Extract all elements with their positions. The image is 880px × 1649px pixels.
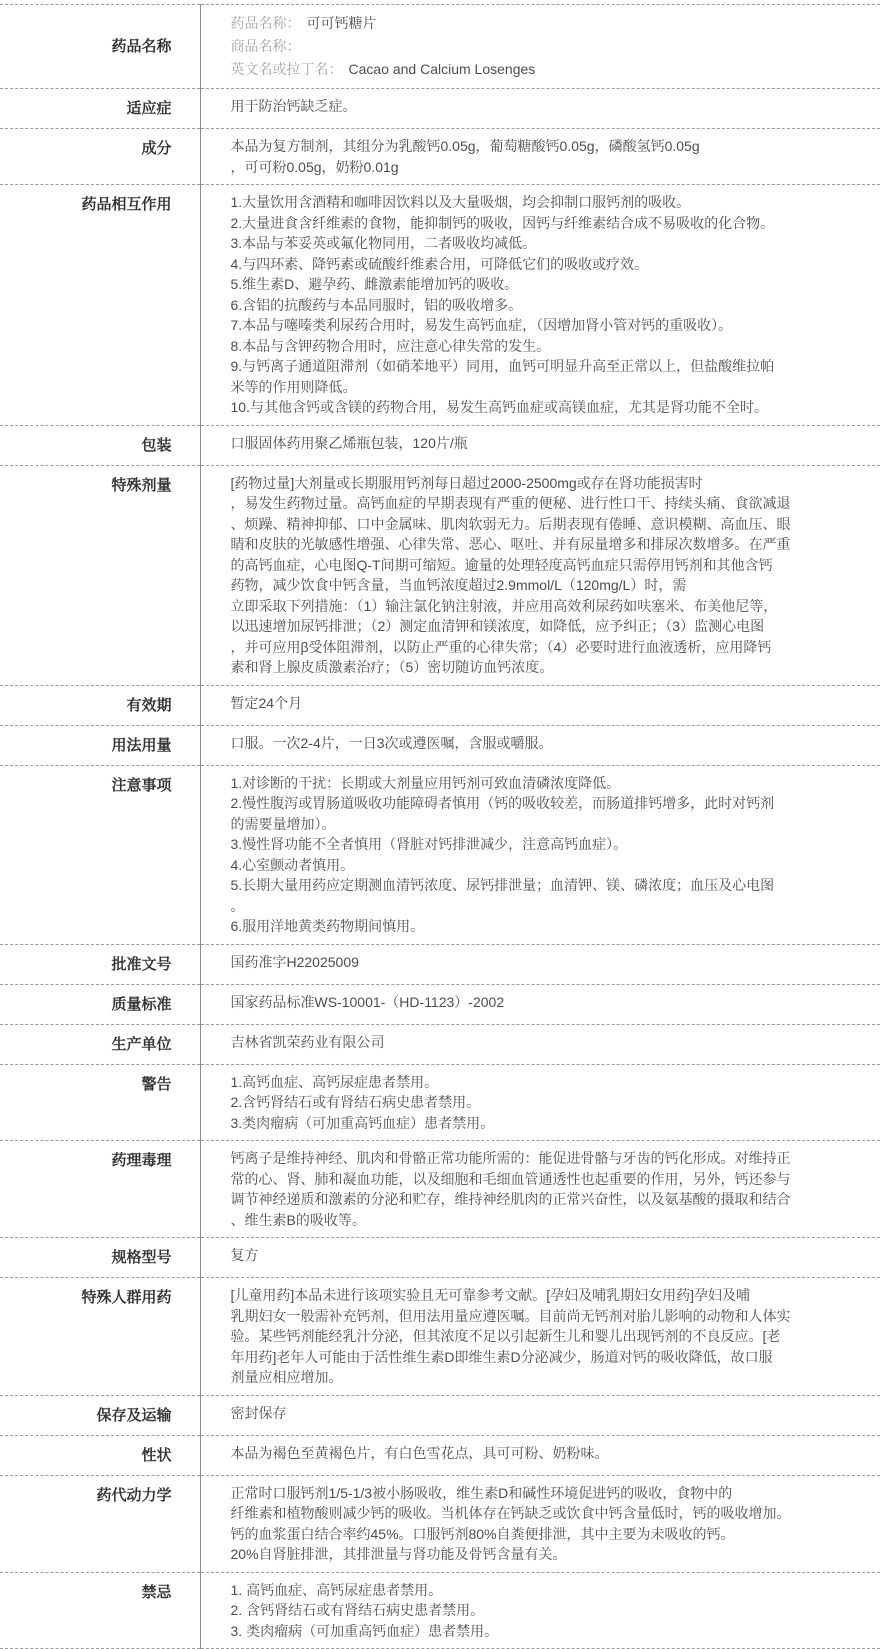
row-label-dosage-usage: 用法用量: [0, 725, 200, 765]
row-label-drug-interactions: 药品相互作用: [0, 185, 200, 426]
row-content-manufacturer: 吉林省凯荣药业有限公司: [231, 1032, 859, 1053]
row-content-pharmacology-toxicology: 钙离子是维持神经、肌肉和骨骼正常功能所需的：能促进骨骼与牙齿的钙化形成。对维持正…: [231, 1148, 859, 1230]
row-content-special-dosage: [药物过量]大剂量或长期服用钙剂每日超过2000-2500mg或存在肾功能损害时…: [231, 473, 859, 678]
table-row-indications: 适应症 用于防治钙缺乏症。: [0, 89, 880, 129]
row-label-specification: 规格型号: [0, 1238, 200, 1278]
row-label-approval-number: 批准文号: [0, 944, 200, 984]
table-row-storage-transport: 保存及运输 密封保存: [0, 1395, 880, 1435]
drug-name-field-label: 药品名称：: [231, 15, 301, 31]
row-content-approval-number: 国药准字H22025009: [231, 952, 859, 973]
table-row-pharmacokinetics: 药代动力学 正常时口服钙剂1/5-1/3被小肠吸收，维生素D和碱性环境促进钙的吸…: [0, 1475, 880, 1572]
table-row-appearance: 性状 本品为褐色至黄褐色片，有白色雪花点，具可可粉、奶粉味。: [0, 1435, 880, 1475]
row-content-specification: 复方: [231, 1245, 859, 1266]
table-row-specification: 规格型号 复方: [0, 1238, 880, 1278]
table-row-packaging: 包装 口服固体药用聚乙烯瓶包装，120片/瓶: [0, 425, 880, 465]
row-content-pharmacokinetics: 正常时口服钙剂1/5-1/3被小肠吸收，维生素D和碱性环境促进钙的吸收，食物中的…: [231, 1483, 859, 1565]
table-row-drug-interactions: 药品相互作用 1.大量饮用含酒精和咖啡因饮料以及大量吸烟，均会抑制口服钙剂的吸收…: [0, 185, 880, 426]
row-label-storage-transport: 保存及运输: [0, 1395, 200, 1435]
row-content-packaging: 口服固体药用聚乙烯瓶包装，120片/瓶: [231, 433, 859, 454]
row-label-contraindications: 禁忌: [0, 1572, 200, 1649]
row-content-validity-period: 暂定24个月: [231, 693, 859, 714]
row-content-quality-standard: 国家药品标准WS-10001-（HD-1123）-2002: [231, 992, 859, 1013]
row-label-ingredients: 成分: [0, 129, 200, 185]
table-row-ingredients: 成分 本品为复方制剂，其组分为乳酸钙0.05g，葡萄糖酸钙0.05g，磷酸氢钙0…: [0, 129, 880, 185]
table-row-approval-number: 批准文号 国药准字H22025009: [0, 944, 880, 984]
row-label-special-populations: 特殊人群用药: [0, 1278, 200, 1396]
row-label-warnings: 警告: [0, 1064, 200, 1141]
row-content-drug-interactions: 1.大量饮用含酒精和咖啡因饮料以及大量吸烟，均会抑制口服钙剂的吸收。 2.大量进…: [231, 192, 859, 418]
row-label-packaging: 包装: [0, 425, 200, 465]
table-row-drug-name: 药品名称 药品名称：可可钙糖片 商品名称： 英文名或拉丁名：Cacao and …: [0, 5, 880, 89]
table-row-manufacturer: 生产单位 吉林省凯荣药业有限公司: [0, 1024, 880, 1064]
row-content-drug-name: 药品名称：可可钙糖片 商品名称： 英文名或拉丁名：Cacao and Calci…: [200, 5, 880, 89]
row-content-precautions: 1.对诊断的干扰：长期或大剂量应用钙剂可致血清磷浓度降低。 2.慢性腹泻或胃肠道…: [231, 773, 859, 937]
row-content-ingredients: 本品为复方制剂，其组分为乳酸钙0.05g，葡萄糖酸钙0.05g，磷酸氢钙0.05…: [231, 136, 859, 177]
row-label-drug-name: 药品名称: [0, 5, 200, 89]
row-label-pharmacology-toxicology: 药理毒理: [0, 1141, 200, 1238]
row-content-contraindications: 1. 高钙血症、高钙尿症患者禁用。 2. 含钙肾结石或有肾结石病史患者禁用。 3…: [231, 1580, 859, 1642]
table-row-quality-standard: 质量标准 国家药品标准WS-10001-（HD-1123）-2002: [0, 984, 880, 1024]
drug-name-line: 药品名称：可可钙糖片: [231, 12, 859, 35]
table-row-warnings: 警告 1.高钙血症、高钙尿症患者禁用。 2.含钙肾结石或有肾结石病史患者禁用。 …: [0, 1064, 880, 1141]
english-name-field-label: 英文名或拉丁名：: [231, 61, 343, 77]
drug-info-table: 药品名称 药品名称：可可钙糖片 商品名称： 英文名或拉丁名：Cacao and …: [0, 4, 880, 1649]
table-row-dosage-usage: 用法用量 口服。一次2-4片，一日3次或遵医嘱，含服或嚼服。: [0, 725, 880, 765]
english-name-field-value: Cacao and Calcium Losenges: [343, 61, 536, 77]
table-row-special-populations: 特殊人群用药 [儿童用药]本品未进行该项实验且无可靠参考文献。[孕妇及哺乳期妇女…: [0, 1278, 880, 1396]
row-content-storage-transport: 密封保存: [231, 1403, 859, 1424]
drug-name-field-value: 可可钙糖片: [301, 15, 377, 31]
english-name-line: 英文名或拉丁名：Cacao and Calcium Losenges: [231, 58, 859, 81]
row-content-indications: 用于防治钙缺乏症。: [231, 96, 859, 117]
row-label-special-dosage: 特殊剂量: [0, 465, 200, 685]
trade-name-line: 商品名称：: [231, 35, 859, 58]
row-label-indications: 适应症: [0, 89, 200, 129]
row-content-warnings: 1.高钙血症、高钙尿症患者禁用。 2.含钙肾结石或有肾结石病史患者禁用。 3.类…: [231, 1072, 859, 1134]
trade-name-field-value: [301, 38, 307, 54]
row-label-quality-standard: 质量标准: [0, 984, 200, 1024]
row-content-appearance: 本品为褐色至黄褐色片，有白色雪花点，具可可粉、奶粉味。: [231, 1443, 859, 1464]
table-row-pharmacology-toxicology: 药理毒理 钙离子是维持神经、肌肉和骨骼正常功能所需的：能促进骨骼与牙齿的钙化形成…: [0, 1141, 880, 1238]
row-content-dosage-usage: 口服。一次2-4片，一日3次或遵医嘱，含服或嚼服。: [231, 733, 859, 754]
row-label-precautions: 注意事项: [0, 765, 200, 944]
trade-name-field-label: 商品名称：: [231, 38, 301, 54]
row-label-validity-period: 有效期: [0, 685, 200, 725]
row-label-appearance: 性状: [0, 1435, 200, 1475]
table-row-contraindications: 禁忌 1. 高钙血症、高钙尿症患者禁用。 2. 含钙肾结石或有肾结石病史患者禁用…: [0, 1572, 880, 1649]
table-row-precautions: 注意事项 1.对诊断的干扰：长期或大剂量应用钙剂可致血清磷浓度降低。 2.慢性腹…: [0, 765, 880, 944]
table-row-special-dosage: 特殊剂量 [药物过量]大剂量或长期服用钙剂每日超过2000-2500mg或存在肾…: [0, 465, 880, 685]
drug-info-page: 药品名称 药品名称：可可钙糖片 商品名称： 英文名或拉丁名：Cacao and …: [0, 4, 880, 1649]
row-label-manufacturer: 生产单位: [0, 1024, 200, 1064]
row-content-special-populations: [儿童用药]本品未进行该项实验且无可靠参考文献。[孕妇及哺乳期妇女用药]孕妇及哺…: [231, 1285, 859, 1388]
table-row-validity-period: 有效期 暂定24个月: [0, 685, 880, 725]
row-label-pharmacokinetics: 药代动力学: [0, 1475, 200, 1572]
